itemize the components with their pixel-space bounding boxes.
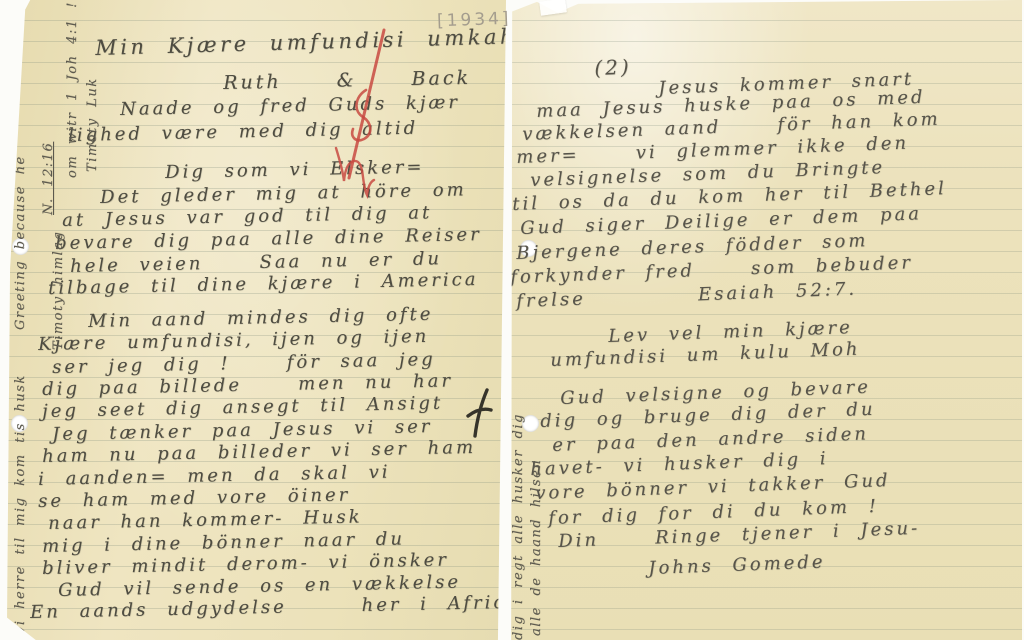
handwriting-line: Naade og fred Guds kjær bbox=[120, 94, 460, 119]
margin-note: alle de haand hilsen bbox=[530, 459, 543, 636]
margin-note: Greeting because he bbox=[14, 155, 27, 330]
margin-note: Timoty Luk bbox=[86, 77, 99, 172]
handwriting-line: umfundisi um kulu Moh bbox=[550, 341, 861, 370]
scanned-letter: Min Kjære umfundisi umkah Ruth & Back Na… bbox=[0, 0, 1024, 640]
handwriting-line: Dig som vi Elsker= bbox=[165, 159, 425, 182]
margin-note: dig i regt alle husker dig bbox=[512, 413, 525, 640]
margin-note: om witr 1 Joh 4:1 ! bbox=[66, 1, 79, 178]
margin-note: vi herre til mig kom tis husk bbox=[14, 374, 27, 634]
letter-page-2: (2) Jesus kommer snart maa Jesus huske p… bbox=[506, 0, 1022, 640]
margin-note: N. 12:16 bbox=[42, 142, 55, 215]
signature: Johns Gomede bbox=[648, 554, 826, 578]
letter-heading: Min Kjære umfundisi umkah bbox=[95, 26, 517, 59]
margin-note: Timoty himlag bbox=[52, 231, 65, 350]
letter-page-1: Min Kjære umfundisi umkah Ruth & Back Na… bbox=[2, 0, 506, 640]
archival-year-annotation: [1934] bbox=[437, 9, 512, 32]
letter-salutation: Ruth & Back bbox=[223, 69, 471, 93]
page-number: (2) bbox=[594, 57, 632, 78]
handwriting-line: lighed være med dig altid bbox=[68, 120, 418, 145]
